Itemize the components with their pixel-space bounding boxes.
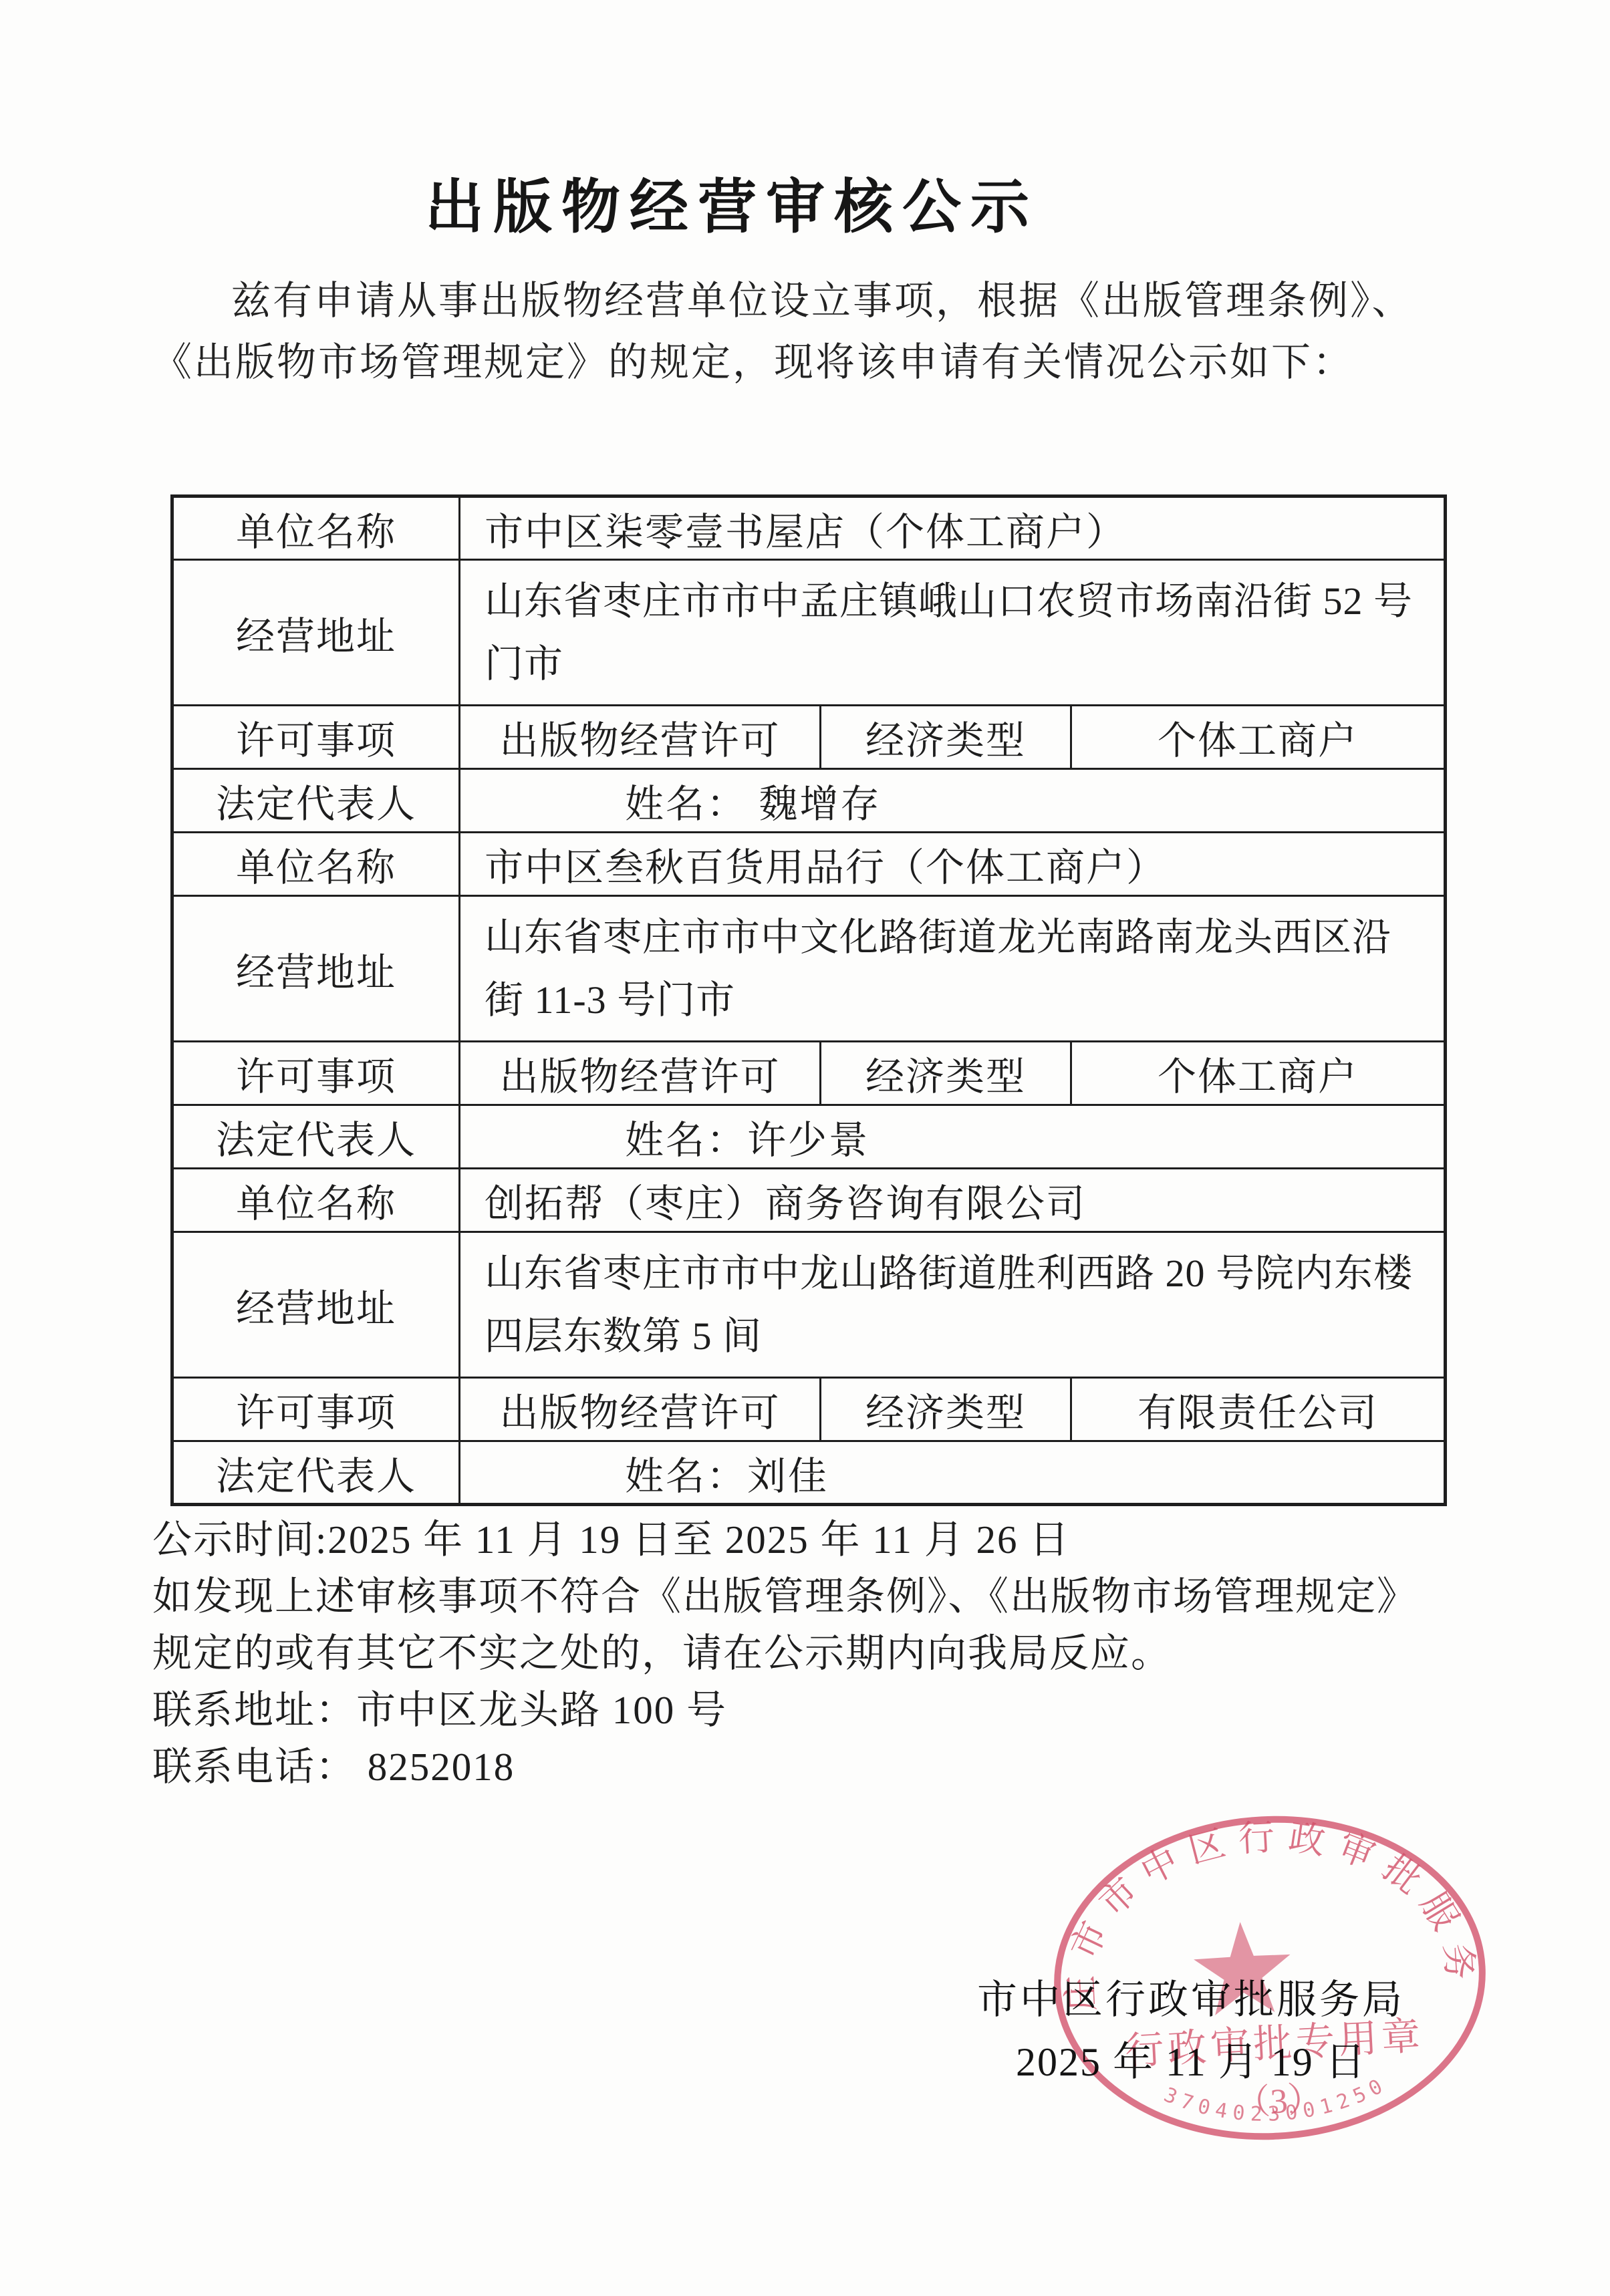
unit-name-label: 单位名称 <box>172 1169 460 1232</box>
unit-name-label: 单位名称 <box>172 833 460 896</box>
table-row: 许可事项 出版物经营许可 经济类型 个体工商户 <box>172 1042 1446 1105</box>
address-label: 经营地址 <box>172 1232 460 1378</box>
intro-line-2: 《出版物市场管理规定》的规定，现将该申请有关情况公示如下： <box>152 331 1466 393</box>
economic-type-value: 有限责任公司 <box>1071 1378 1446 1441</box>
contact-address: 联系地址：市中区龙头路 100 号 <box>152 1682 1489 1739</box>
publicity-table: 单位名称 市中区柒零壹书屋店（个体工商户） 经营地址 山东省枣庄市市中孟庄镇峨山… <box>170 494 1447 1506</box>
economic-type-value: 个体工商户 <box>1071 1042 1446 1105</box>
table-row: 法定代表人 姓名：许少景 <box>172 1105 1446 1169</box>
address-label: 经营地址 <box>172 560 460 706</box>
signature-agency: 市中区行政审批服务局 <box>977 1968 1405 2025</box>
address-value: 山东省枣庄市市中孟庄镇峨山口农贸市场南沿街 52 号门市 <box>460 560 1446 706</box>
table-row: 单位名称 市中区柒零壹书屋店（个体工商户） <box>172 496 1446 560</box>
document-page: 出版物经营审核公示 兹有申请从事出版物经营单位设立事项，根据《出版管理条例》、 … <box>0 0 1610 2296</box>
table-row: 法定代表人 姓名：刘佳 <box>172 1441 1446 1505</box>
legal-rep-label: 法定代表人 <box>172 1441 460 1505</box>
table-row: 经营地址 山东省枣庄市市中文化路街道龙光南路南龙头西区沿街 11-3 号门市 <box>172 896 1446 1042</box>
economic-type-label: 经济类型 <box>821 1378 1071 1441</box>
address-value: 山东省枣庄市市中文化路街道龙光南路南龙头西区沿街 11-3 号门市 <box>460 896 1446 1042</box>
contact-phone: 联系电话： 8252018 <box>152 1739 1489 1796</box>
intro-line-1: 兹有申请从事出版物经营单位设立事项，根据《出版管理条例》、 <box>152 270 1466 331</box>
table-row: 经营地址 山东省枣庄市市中龙山路街道胜利西路 20 号院内东楼四层东数第 5 间 <box>172 1232 1446 1378</box>
signature-date: 2025 年 11 月 19 日 <box>1016 2030 1367 2088</box>
table-row: 法定代表人 姓名： 魏增存 <box>172 769 1446 833</box>
legal-rep-value: 姓名：刘佳 <box>460 1441 1446 1505</box>
unit-name-value: 创拓帮（枣庄）商务咨询有限公司 <box>460 1169 1446 1232</box>
table-row: 单位名称 市中区叁秋百货用品行（个体工商户） <box>172 833 1446 896</box>
address-label: 经营地址 <box>172 896 460 1042</box>
legal-rep-label: 法定代表人 <box>172 769 460 833</box>
license-label: 许可事项 <box>172 1042 460 1105</box>
table-row: 许可事项 出版物经营许可 经济类型 有限责任公司 <box>172 1378 1446 1441</box>
economic-type-label: 经济类型 <box>821 706 1071 769</box>
address-value: 山东省枣庄市市中龙山路街道胜利西路 20 号院内东楼四层东数第 5 间 <box>460 1232 1446 1378</box>
license-label: 许可事项 <box>172 706 460 769</box>
economic-type-label: 经济类型 <box>821 1042 1071 1105</box>
license-value: 出版物经营许可 <box>460 706 821 769</box>
unit-name-value: 市中区柒零壹书屋店（个体工商户） <box>460 496 1446 560</box>
license-value: 出版物经营许可 <box>460 1378 821 1441</box>
page-title: 出版物经营审核公示 <box>0 160 1464 245</box>
unit-name-label: 单位名称 <box>172 496 460 560</box>
table-row: 经营地址 山东省枣庄市市中孟庄镇峨山口农贸市场南沿街 52 号门市 <box>172 560 1446 706</box>
intro-paragraph: 兹有申请从事出版物经营单位设立事项，根据《出版管理条例》、 《出版物市场管理规定… <box>152 270 1466 393</box>
notice-line-2: 规定的或有其它不实之处的，请在公示期内向我局反应。 <box>152 1625 1489 1682</box>
table-row: 单位名称 创拓帮（枣庄）商务咨询有限公司 <box>172 1169 1446 1232</box>
notice-line-1: 如发现上述审核事项不符合《出版管理条例》、《出版物市场管理规定》 <box>152 1568 1489 1625</box>
economic-type-value: 个体工商户 <box>1071 706 1446 769</box>
footer-block: 公示时间:2025 年 11 月 19 日至 2025 年 11 月 26 日 … <box>152 1512 1489 1796</box>
unit-name-value: 市中区叁秋百货用品行（个体工商户） <box>460 833 1446 896</box>
legal-rep-value: 姓名： 魏增存 <box>460 769 1446 833</box>
legal-rep-value: 姓名：许少景 <box>460 1105 1446 1169</box>
license-label: 许可事项 <box>172 1378 460 1441</box>
license-value: 出版物经营许可 <box>460 1042 821 1105</box>
publicity-period: 公示时间:2025 年 11 月 19 日至 2025 年 11 月 26 日 <box>152 1512 1489 1568</box>
table-row: 许可事项 出版物经营许可 经济类型 个体工商户 <box>172 706 1446 769</box>
legal-rep-label: 法定代表人 <box>172 1105 460 1169</box>
